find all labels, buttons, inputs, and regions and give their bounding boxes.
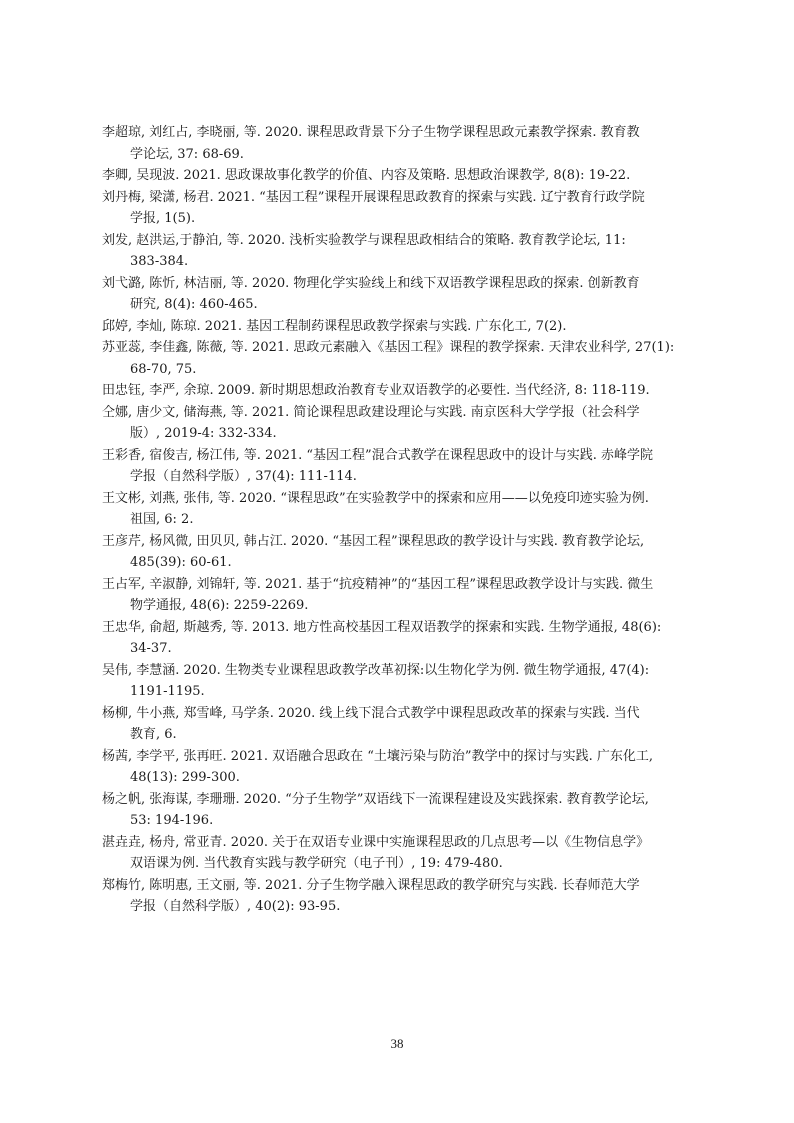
reference-line: 刘丹梅, 梁潇, 杨君. 2021. “基因工程”课程开展课程思政教育的探索与实… [102, 187, 702, 209]
reference-entry: 刘发, 赵洪运,于静泊, 等. 2020. 浅析实验教学与课程思政相结合的策略.… [102, 230, 702, 273]
reference-entry: 郑梅竹, 陈明惠, 王文丽, 等. 2021. 分子生物学融入课程思政的教学研究… [102, 875, 702, 918]
reference-line-continuation: 双语课为例. 当代教育实践与教学研究（电子刊）, 19: 479-480. [102, 853, 702, 875]
reference-line: 田忠钰, 李严, 余琼. 2009. 新时期思想政治教育专业双语教学的必要性. … [102, 380, 702, 402]
reference-line-continuation: 学报（自然科学版）, 40(2): 93-95. [102, 896, 702, 918]
reference-line-continuation: 68-70, 75. [102, 359, 702, 381]
reference-entry: 王文彬, 刘燕, 张伟, 等. 2020. “课程思政”在实验教学中的探索和应用… [102, 488, 702, 531]
reference-line-continuation: 53: 194-196. [102, 810, 702, 832]
reference-entry: 杨之帆, 张海谋, 李珊珊. 2020. “分子生物学”双语线下一流课程建设及实… [102, 789, 702, 832]
reference-line-continuation: 1191-1195. [102, 681, 702, 703]
reference-line-continuation: 祖国, 6: 2. [102, 509, 702, 531]
reference-line: 苏亚蕊, 李佳鑫, 陈薇, 等. 2021. 思政元素融入《基因工程》课程的教学… [102, 337, 702, 359]
reference-entry: 邱婷, 李灿, 陈琼. 2021. 基因工程制药课程思政教学探索与实践. 广东化… [102, 316, 702, 338]
reference-line-continuation: 学报（自然科学版）, 37(4): 111-114. [102, 466, 702, 488]
reference-line: 吴伟, 李慧涵. 2020. 生物类专业课程思政教学改革初探:以生物化学为例. … [102, 660, 702, 682]
reference-line-continuation: 34-37. [102, 638, 702, 660]
reference-entry: 李卿, 吴现波. 2021. 思政课故事化教学的价值、内容及策略. 思想政治课教… [102, 165, 702, 187]
page-number: 38 [0, 1036, 794, 1052]
reference-entry: 吴伟, 李慧涵. 2020. 生物类专业课程思政教学改革初探:以生物化学为例. … [102, 660, 702, 703]
reference-line-continuation: 485(39): 60-61. [102, 552, 702, 574]
reference-line-continuation: 教育, 6. [102, 724, 702, 746]
reference-entry: 王彩香, 宿俊吉, 杨江伟, 等. 2021. “基因工程”混合式教学在课程思政… [102, 445, 702, 488]
reference-line: 湛垚垚, 杨舟, 常亚青. 2020. 关于在双语专业课中实施课程思政的几点思考… [102, 832, 702, 854]
reference-line: 王彦芹, 杨风微, 田贝贝, 韩占江. 2020. “基因工程”课程思政的教学设… [102, 531, 702, 553]
reference-line: 邱婷, 李灿, 陈琼. 2021. 基因工程制药课程思政教学探索与实践. 广东化… [102, 316, 702, 338]
reference-line-continuation: 48(13): 299-300. [102, 767, 702, 789]
reference-line: 李超琼, 刘红占, 李晓丽, 等. 2020. 课程思政背景下分子生物学课程思政… [102, 122, 702, 144]
reference-line: 王忠华, 俞超, 斯越秀, 等. 2013. 地方性高校基因工程双语教学的探索和… [102, 617, 702, 639]
reference-line: 杨之帆, 张海谋, 李珊珊. 2020. “分子生物学”双语线下一流课程建设及实… [102, 789, 702, 811]
reference-list: 李超琼, 刘红占, 李晓丽, 等. 2020. 课程思政背景下分子生物学课程思政… [102, 122, 702, 918]
reference-line: 王占军, 辛淑静, 刘锦轩, 等. 2021. 基于“抗疫精神”的“基因工程”课… [102, 574, 702, 596]
reference-entry: 刘丹梅, 梁潇, 杨君. 2021. “基因工程”课程开展课程思政教育的探索与实… [102, 187, 702, 230]
reference-entry: 杨茜, 李学平, 张再旺. 2021. 双语融合思政在 “土壤污染与防治”教学中… [102, 746, 702, 789]
reference-line: 郑梅竹, 陈明惠, 王文丽, 等. 2021. 分子生物学融入课程思政的教学研究… [102, 875, 702, 897]
reference-line: 王文彬, 刘燕, 张伟, 等. 2020. “课程思政”在实验教学中的探索和应用… [102, 488, 702, 510]
reference-line: 王彩香, 宿俊吉, 杨江伟, 等. 2021. “基因工程”混合式教学在课程思政… [102, 445, 702, 467]
reference-line: 杨茜, 李学平, 张再旺. 2021. 双语融合思政在 “土壤污染与防治”教学中… [102, 746, 702, 768]
reference-line-continuation: 研究, 8(4): 460-465. [102, 294, 702, 316]
reference-entry: 刘弋潞, 陈忻, 林洁丽, 等. 2020. 物理化学实验线上和线下双语教学课程… [102, 273, 702, 316]
reference-entry: 仝娜, 唐少文, 储海燕, 等. 2021. 简论课程思政建设理论与实践. 南京… [102, 402, 702, 445]
reference-entry: 李超琼, 刘红占, 李晓丽, 等. 2020. 课程思政背景下分子生物学课程思政… [102, 122, 702, 165]
reference-entry: 田忠钰, 李严, 余琼. 2009. 新时期思想政治教育专业双语教学的必要性. … [102, 380, 702, 402]
reference-entry: 王占军, 辛淑静, 刘锦轩, 等. 2021. 基于“抗疫精神”的“基因工程”课… [102, 574, 702, 617]
reference-entry: 王忠华, 俞超, 斯越秀, 等. 2013. 地方性高校基因工程双语教学的探索和… [102, 617, 702, 660]
reference-line-continuation: 物学通报, 48(6): 2259-2269. [102, 595, 702, 617]
reference-line-continuation: 学报, 1(5). [102, 208, 702, 230]
reference-entry: 杨柳, 牛小燕, 郑雪峰, 马学条. 2020. 线上线下混合式教学中课程思政改… [102, 703, 702, 746]
reference-line: 李卿, 吴现波. 2021. 思政课故事化教学的价值、内容及策略. 思想政治课教… [102, 165, 702, 187]
reference-entry: 湛垚垚, 杨舟, 常亚青. 2020. 关于在双语专业课中实施课程思政的几点思考… [102, 832, 702, 875]
reference-line: 刘弋潞, 陈忻, 林洁丽, 等. 2020. 物理化学实验线上和线下双语教学课程… [102, 273, 702, 295]
reference-line: 仝娜, 唐少文, 储海燕, 等. 2021. 简论课程思政建设理论与实践. 南京… [102, 402, 702, 424]
reference-line: 刘发, 赵洪运,于静泊, 等. 2020. 浅析实验教学与课程思政相结合的策略.… [102, 230, 702, 252]
reference-line: 杨柳, 牛小燕, 郑雪峰, 马学条. 2020. 线上线下混合式教学中课程思政改… [102, 703, 702, 725]
reference-line-continuation: 版）, 2019-4: 332-334. [102, 423, 702, 445]
reference-line-continuation: 学论坛, 37: 68-69. [102, 144, 702, 166]
reference-entry: 王彦芹, 杨风微, 田贝贝, 韩占江. 2020. “基因工程”课程思政的教学设… [102, 531, 702, 574]
reference-line-continuation: 383-384. [102, 251, 702, 273]
reference-entry: 苏亚蕊, 李佳鑫, 陈薇, 等. 2021. 思政元素融入《基因工程》课程的教学… [102, 337, 702, 380]
